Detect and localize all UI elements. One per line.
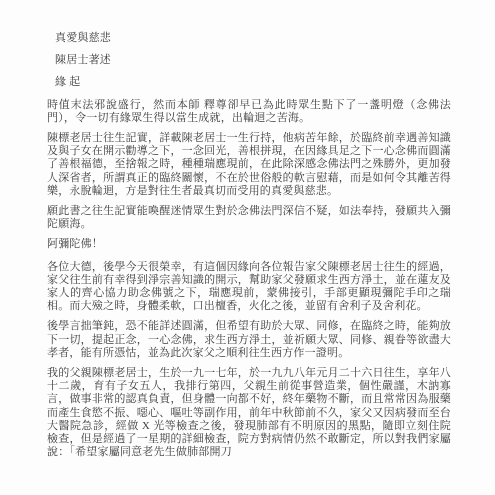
paragraph-father-biography: 我的父親陳標老居士，生於一九一七年，於一九九八年元月二十六日往生，享年八十二歲，… [47, 367, 451, 459]
paragraph-preface-lamp: 時值末法邪說盛行，然而本師 釋尊卻早已為此時眾生點下了一盞明燈（念佛法門），令一… [47, 99, 451, 125]
document-byline: 陳居士著述 [47, 54, 451, 67]
paragraph-book-summary: 陳標老居士往生記實，詳載陳老居士一生行持，他病苦年餘，於臨終前幸遇善知識及與子女… [47, 132, 451, 198]
document-content: 真愛與慈悲 陳居士著述 緣 起 時值末法邪說盛行，然而本師 釋尊卻早已為此時眾生… [47, 32, 451, 459]
paragraph-report-intro: 各位大德，後學今天很榮幸，有這個因緣向各位報告家父陳標老居士往生的經過，家父往生… [47, 261, 451, 314]
paragraph-amitabha: 阿彌陀佛！ [47, 238, 451, 251]
document-title: 真愛與慈悲 [47, 32, 451, 45]
section-heading: 緣 起 [47, 76, 451, 89]
document-page: 真愛與慈悲 陳居士著述 緣 起 時值末法邪說盛行，然而本師 釋尊卻早已為此時眾生… [0, 0, 495, 495]
paragraph-wish: 願此書之往生記實能喚醒迷情眾生對於念佛法門深信不疑，如法奉持，發願共入彌陀願海。 [47, 205, 451, 231]
paragraph-humility: 後學言拙筆鈍，恐不能詳述圓滿，但希望有助於大眾、同修，在臨終之時，能夠放下一切，… [47, 320, 451, 360]
